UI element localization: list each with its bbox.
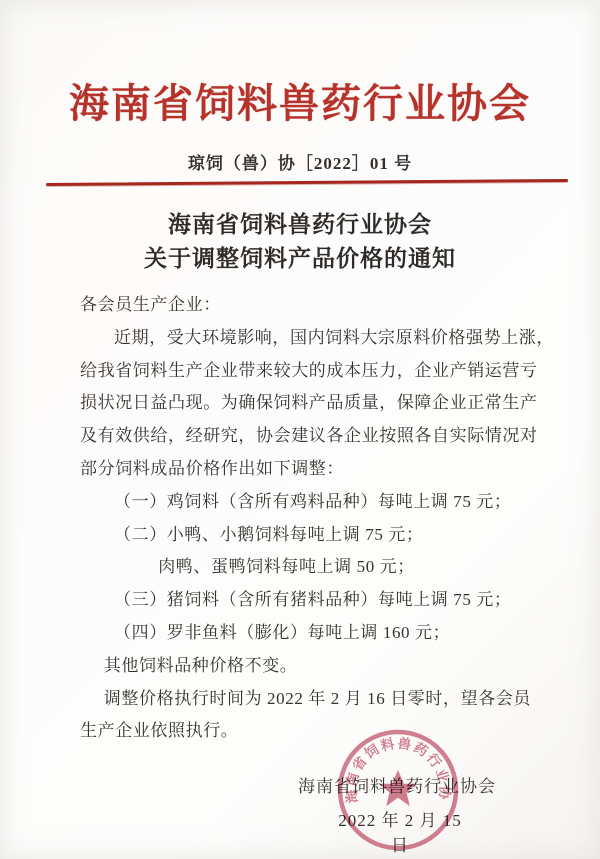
signature-date: 2022 年 2 月 15 日 [328, 806, 472, 856]
body-line-item-3: （三）猪饲料（含所有猪料品种）每吨上调 75 元； [80, 584, 536, 617]
body-line: 近期，受大环境影响，国内饲料大宗原料价格强势上涨， [80, 322, 536, 355]
signature-organization: 海南省饲料兽药行业协会 [298, 772, 496, 797]
red-divider-rule [46, 179, 568, 186]
notice-title-line-1: 海南省饲料兽药行业协会 [0, 208, 600, 242]
body-line: 生产企业依照执行。 [80, 715, 536, 748]
body-line: 部分饲料成品价格作出如下调整： [80, 453, 536, 486]
body-line-item-1: （一）鸡饲料（含所有鸡料品种）每吨上调 75 元； [80, 486, 536, 519]
body-line: 及有效供给，经研究，协会建议各企业按照各自实际情况对 [80, 420, 536, 453]
organization-letterhead: 海南省饲料兽药行业协会 [0, 72, 600, 129]
body-line-note: 其他饲料品种价格不变。 [80, 650, 536, 683]
notice-title-line-2: 关于调整饲料产品价格的通知 [0, 242, 600, 276]
notice-document-page: 海南省饲料兽药行业协会 琼饲（兽）协［2022］01 号 海南省饲料兽药行业协会… [0, 0, 600, 859]
body-line: 调整价格执行时间为 2022 年 2 月 16 日零时，望各会员 [80, 683, 536, 716]
notice-body: 各会员生产企业： 近期，受大环境影响，国内饲料大宗原料价格强势上涨， 给我省饲料… [0, 289, 600, 748]
body-line: 损状况日益凸现。为确保饲料产品质量，保障企业正常生产 [80, 387, 536, 420]
document-number: 琼饲（兽）协［2022］01 号 [0, 149, 600, 174]
body-line-item-2: （二）小鸭、小鹅饲料每吨上调 75 元； [80, 519, 536, 552]
body-line-salutation: 各会员生产企业： [80, 289, 536, 322]
body-line-item-2b: 肉鸭、蛋鸭饲料每吨上调 50 元； [80, 551, 536, 584]
body-line-item-4: （四）罗非鱼料（膨化）每吨上调 160 元； [80, 617, 536, 650]
body-line: 给我省饲料生产企业带来较大的成本压力，企业产销运营亏 [80, 355, 536, 388]
notice-title: 海南省饲料兽药行业协会 关于调整饲料产品价格的通知 [0, 208, 600, 276]
